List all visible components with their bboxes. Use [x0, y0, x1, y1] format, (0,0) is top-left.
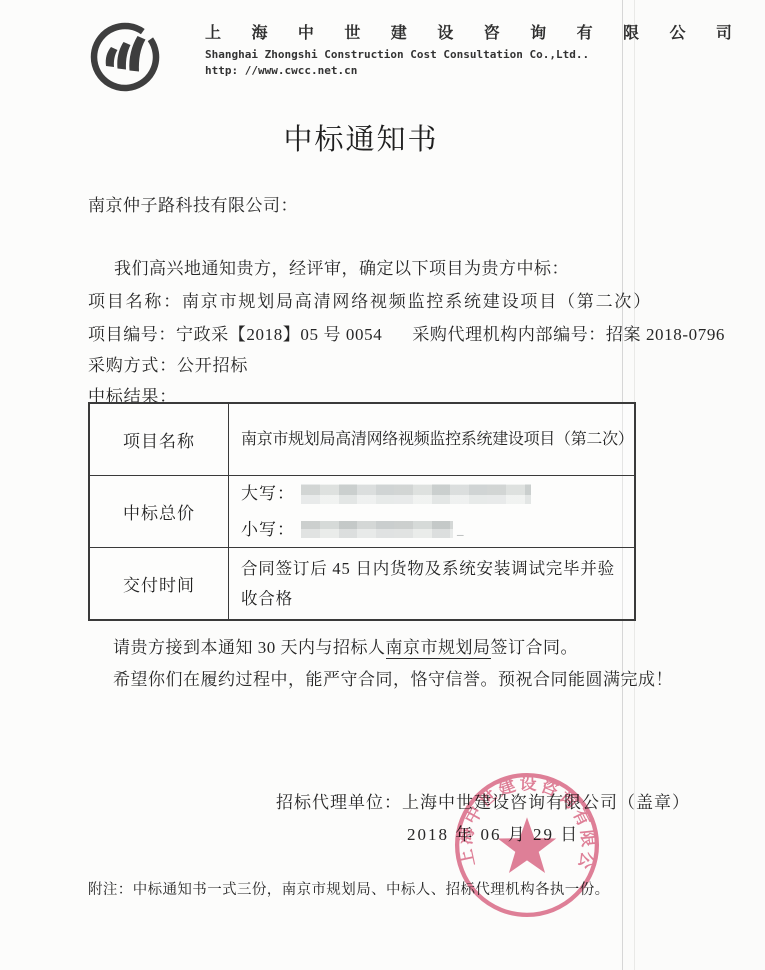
- project-name-line: 项目名称：南京市规划局高清网络视频监控系统建设项目（第二次）: [88, 287, 652, 312]
- company-name-cn: 上 海 中 世 建 设 咨 询 有 限 公 司: [205, 20, 675, 43]
- tenderer-name-underlined: 南京市规划局: [386, 638, 491, 659]
- scanned-award-notice-page: 上 海 中 世 建 设 咨 询 有 限 公 司 Shanghai Zhongsh…: [0, 0, 765, 970]
- redaction-artifact: _: [457, 515, 466, 545]
- company-logo-icon: [86, 16, 166, 96]
- table-row-total-price: 中标总价 大写： 小写： _: [90, 476, 634, 548]
- company-website: http: //www.cwcc.net.cn: [205, 64, 675, 77]
- row-value: 南京市规划局高清网络视频监控系统建设项目（第二次）: [229, 404, 634, 475]
- procurement-method-line: 采购方式：公开招标: [88, 351, 248, 376]
- row-value: 合同签订后 45 日内货物及系统安装调试完毕并验收合格: [229, 548, 634, 619]
- intro-paragraph: 我们高兴地通知贵方，经评审，确定以下项目为贵方中标：: [114, 254, 569, 279]
- award-result-table: 项目名称 南京市规划局高清网络视频监控系统建设项目（第二次） 中标总价 大写： …: [88, 402, 636, 621]
- seal-star-icon: [498, 817, 557, 873]
- sign-contract-notice: 请贵方接到本通知 30 天内与招标人南京市规划局签订合同。: [113, 633, 578, 658]
- recipient-line: 南京仲子路科技有限公司：: [88, 191, 298, 216]
- price-figures-label: 小写：: [241, 515, 295, 545]
- project-number-line: 项目编号：宁政采【2018】05 号 0054 采购代理机构内部编号：招案 20…: [88, 320, 725, 345]
- redacted-price-figures: [301, 521, 453, 538]
- wish-paragraph: 希望你们在履约过程中，能严守合同，恪守信誉。预祝合同能圆满完成！: [113, 665, 673, 690]
- price-words-label: 大写：: [241, 479, 295, 509]
- agency-internal-number: 采购代理机构内部编号：招案 2018-0796: [412, 320, 725, 345]
- company-name-en: Shanghai Zhongshi Construction Cost Cons…: [205, 48, 675, 61]
- row-value: 大写： 小写： _: [229, 476, 634, 547]
- notice-text-end: 签订合同。: [491, 638, 579, 657]
- table-row-project-name: 项目名称 南京市规划局高清网络视频监控系统建设项目（第二次）: [90, 404, 634, 476]
- row-label: 项目名称: [90, 404, 229, 475]
- document-title: 中标通知书: [0, 117, 722, 158]
- row-label: 中标总价: [90, 476, 229, 547]
- table-row-delivery-time: 交付时间 合同签订后 45 日内货物及系统安装调试完毕并验收合格: [90, 548, 634, 619]
- project-number: 项目编号：宁政采【2018】05 号 0054: [88, 320, 382, 345]
- price-in-figures-line: 小写： _: [241, 515, 628, 545]
- notice-text: 请贵方接到本通知 30 天内与招标人: [113, 638, 386, 657]
- price-in-words-line: 大写：: [241, 479, 628, 509]
- letterhead: 上 海 中 世 建 设 咨 询 有 限 公 司 Shanghai Zhongsh…: [205, 20, 675, 77]
- row-label: 交付时间: [90, 548, 229, 619]
- redacted-price-words: [301, 484, 531, 504]
- footnote-line: 附注：中标通知书一式三份，南京市规划局、中标人、招标代理机构各执一份。: [88, 878, 610, 899]
